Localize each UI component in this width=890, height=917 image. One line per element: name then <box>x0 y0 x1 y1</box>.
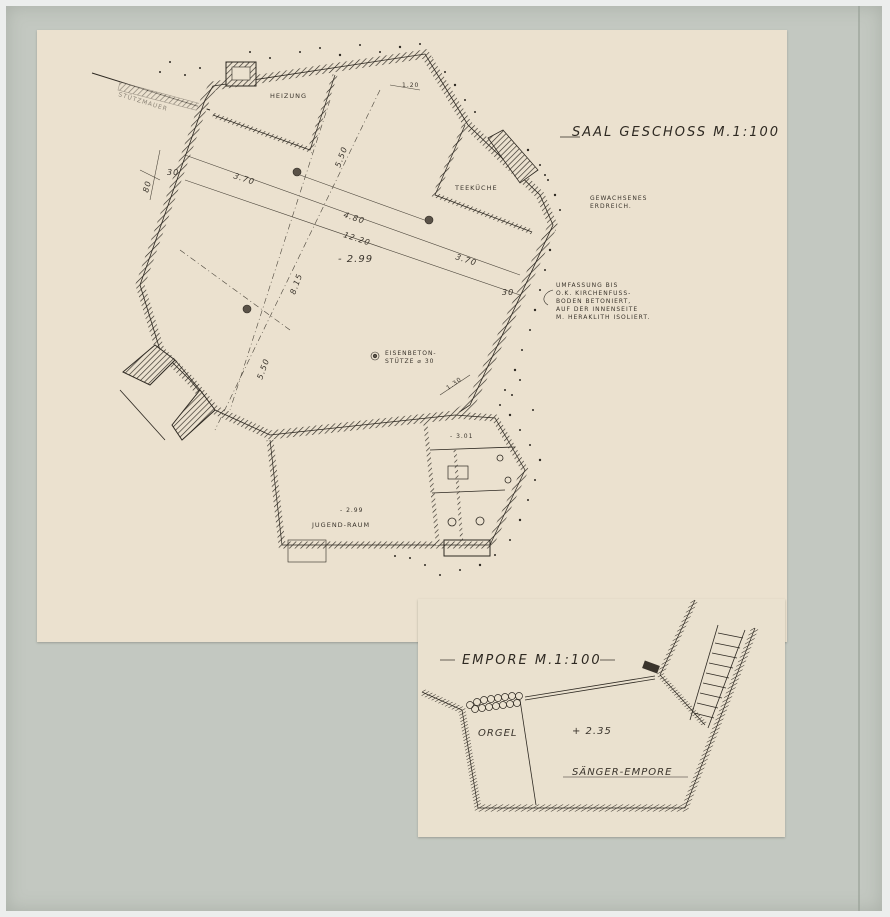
youth-room: - 2.99 JUGEND-RAUM - 3.01 <box>270 415 525 562</box>
level-label-youth-room: - 2.99 <box>340 507 363 514</box>
svg-text:GEWACHSENES: GEWACHSENES <box>590 195 647 202</box>
dim-label: 12.20 <box>342 230 371 247</box>
room-label-tea-kitchen: TEEKÜCHE <box>454 183 498 192</box>
svg-text:AUF DER INNENSEITE: AUF DER INNENSEITE <box>556 306 638 313</box>
column-icon <box>293 168 301 176</box>
label-level: + 2.35 <box>572 726 612 737</box>
dim-label: 4.80 <box>342 210 366 225</box>
main-plan-title: SAAL GESCHOSS M.1:100 <box>560 125 780 140</box>
svg-text:M. HERAKLITH ISOLIERT.: M. HERAKLITH ISOLIERT. <box>556 314 650 321</box>
dim-label: 3.70 <box>454 252 478 267</box>
floor-plan-sheet-main: STÜTZMAUER HEIZUNG TEEKÜCHE <box>37 30 787 642</box>
dim-label: 1.30 <box>445 376 463 392</box>
level-label-annex: - 3.01 <box>450 433 473 440</box>
room-label-youth-room: JUGEND-RAUM <box>311 521 370 529</box>
dim-label: 8.15 <box>288 272 304 296</box>
dim-label: 5.50 <box>333 145 349 169</box>
fixture-icon <box>497 455 503 461</box>
svg-text:EISENBETON-: EISENBETON- <box>385 350 437 357</box>
svg-text:O.K. KIRCHENFUSS-: O.K. KIRCHENFUSS- <box>556 290 631 297</box>
svg-text:BODEN BETONIERT,: BODEN BETONIERT, <box>556 298 631 305</box>
level-label-hall: - 2.99 <box>338 254 373 265</box>
label-organ: ORGEL <box>478 728 517 739</box>
floor-plan-sheet-gallery: EMPORE M.1:100 ORGEL + 2.35 SÄNGER-EM <box>418 599 785 837</box>
svg-text:STÜTZE ⌀ 30: STÜTZE ⌀ 30 <box>385 358 435 365</box>
floor-plan-gallery-drawing: EMPORE M.1:100 ORGEL + 2.35 SÄNGER-EM <box>418 599 785 837</box>
gallery-labels: ORGEL + 2.35 SÄNGER-EMPORE <box>478 726 688 778</box>
fixture-icon <box>448 518 456 526</box>
dim-label: 1.20 <box>402 82 419 89</box>
svg-text:SAAL GESCHOSS M.1:100: SAAL GESCHOSS M.1:100 <box>572 125 780 140</box>
gallery-plan-title: EMPORE M.1:100 <box>440 653 615 668</box>
hall-walls <box>140 54 553 435</box>
gallery-railing <box>520 676 655 805</box>
dim-label: 3.70 <box>232 171 256 186</box>
fixture-icon <box>505 477 511 483</box>
floor-plan-main-drawing: STÜTZMAUER HEIZUNG TEEKÜCHE <box>37 30 787 642</box>
dim-label: 30 <box>502 288 514 297</box>
column-icon <box>425 216 433 224</box>
svg-text:ERDREICH.: ERDREICH. <box>590 203 632 210</box>
dim-label: 30 <box>167 168 179 177</box>
soil-note: GEWACHSENES ERDREICH. <box>590 195 647 210</box>
fixture-icon <box>476 517 484 525</box>
svg-text:EMPORE M.1:100: EMPORE M.1:100 <box>462 653 602 668</box>
soil-stipple <box>159 43 561 576</box>
wall-enclosure-note: UMFASSUNG BIS O.K. KIRCHENFUSS- BODEN BE… <box>544 282 650 321</box>
board-edge <box>858 6 860 911</box>
column-icon <box>243 305 251 313</box>
entrance-porch <box>120 345 215 440</box>
label-choir-gallery: SÄNGER-EMPORE <box>572 765 672 778</box>
svg-text:UMFASSUNG BIS: UMFASSUNG BIS <box>556 282 618 289</box>
organ-pipes <box>467 693 523 713</box>
dim-label: 80 <box>141 179 153 193</box>
dim-label: 5.50 <box>255 357 271 381</box>
retaining-wall: STÜTZMAUER <box>92 73 210 113</box>
room-label-heating: HEIZUNG <box>270 92 307 100</box>
column-note: EISENBETON- STÜTZE ⌀ 30 <box>385 350 437 365</box>
